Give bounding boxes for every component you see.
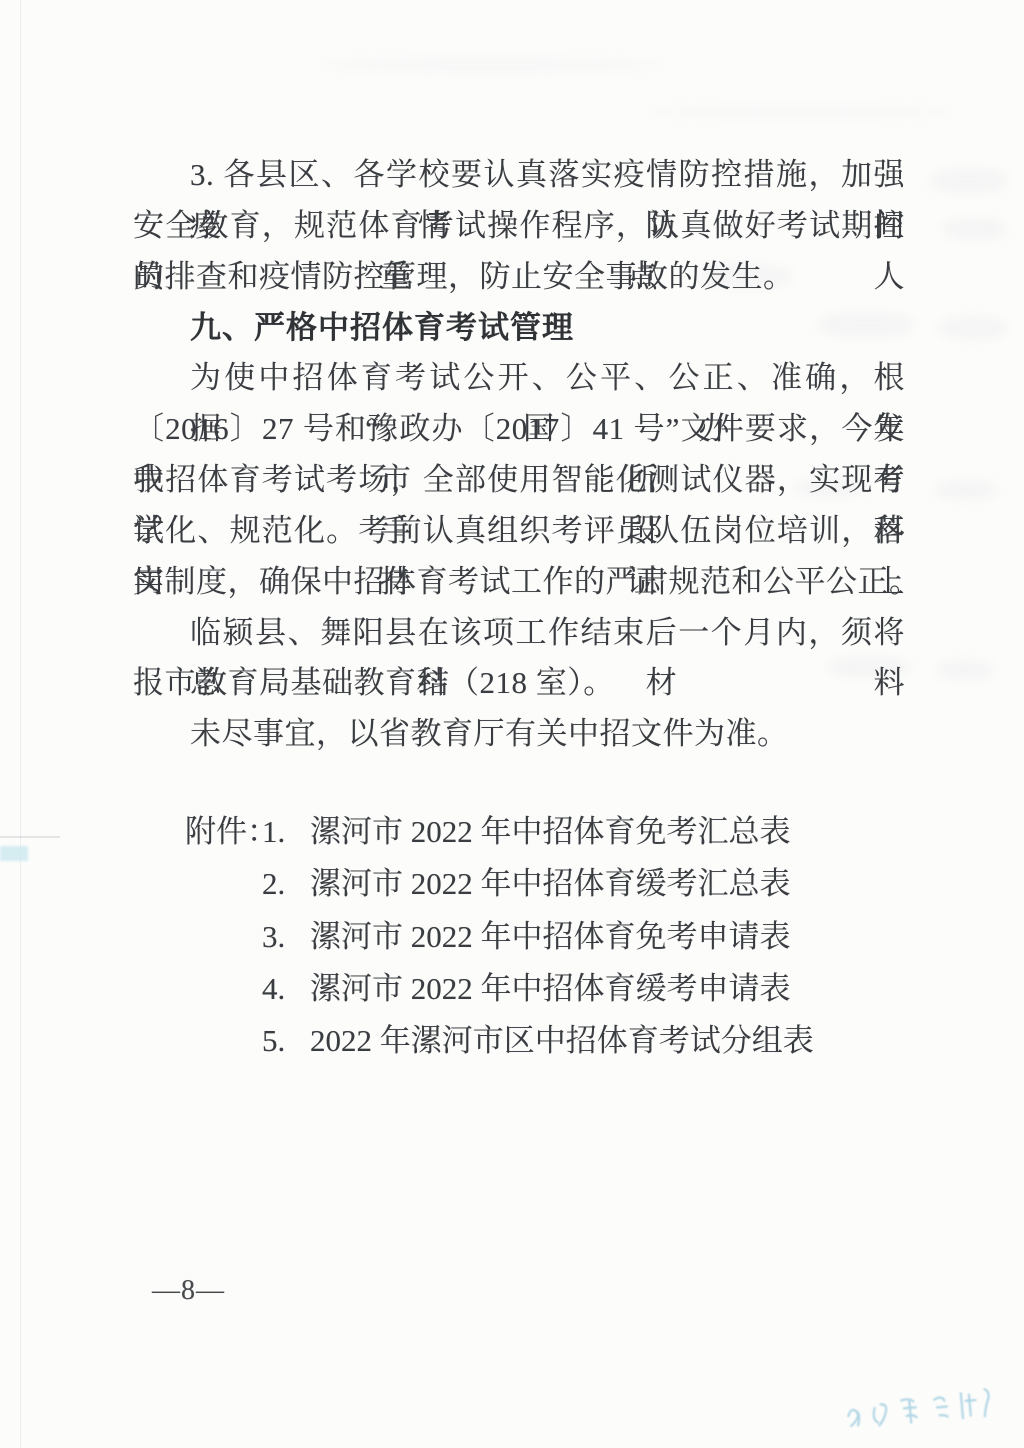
attachment-item: 4.漯河市 2022 年中招体育缓考申请表: [133, 963, 905, 1015]
body-line: 中招体育考试考场，全部使用智能化测试仪器，实现考试手段科: [133, 455, 905, 506]
attachment-number: 4.: [262, 963, 310, 1015]
attachment-item: 3.漯河市 2022 年中招体育免考申请表: [133, 911, 905, 963]
page-number: —8—: [152, 1271, 225, 1311]
attachment-number: 3.: [262, 911, 310, 963]
body-line: 安全教育，规范体育考试操作程序，认真做好考试期间的重点人: [133, 201, 905, 252]
body-line: 未尽事宜，以省教育厅有关中招文件为准。: [133, 709, 905, 760]
bleed-through-artifact: [650, 106, 950, 118]
handwritten-blue-mark: [838, 1381, 999, 1437]
attachment-title: 2022 年漯河市区中招体育考试分组表: [310, 1023, 814, 1058]
body-line: 岗制度，确保中招体育考试工作的严肃规范和公平公正。: [133, 557, 905, 608]
attachment-item: 2.漯河市 2022 年中招体育缓考汇总表: [133, 858, 905, 910]
body-line: 员排查和疫情防控管理，防止安全事故的发生。: [133, 252, 905, 303]
body-line: 3. 各县区、各学校要认真落实疫情防控措施，加强疫情防控: [133, 150, 905, 201]
body-line: 临颍县、舞阳县在该项工作结束后一个月内，须将总结材料: [133, 608, 905, 659]
attachment-title: 漯河市 2022 年中招体育缓考汇总表: [310, 866, 791, 901]
attachments-list: 附件： 1.漯河市 2022 年中招体育免考汇总表 2.漯河市 2022 年中招…: [133, 806, 905, 1067]
document-body: 3. 各县区、各学校要认真落实疫情防控措施，加强疫情防控 安全教育，规范体育考试…: [133, 150, 905, 760]
scan-edge-line: [0, 836, 60, 838]
bleed-through-artifact: [930, 168, 1008, 194]
attachment-title: 漯河市 2022 年中招体育免考申请表: [310, 919, 791, 954]
bleed-through-artifact: [942, 218, 1006, 240]
bleed-through-artifact: [320, 58, 660, 72]
paper-fold-line: [20, 0, 21, 1448]
attachment-item: 5.2022 年漯河市区中招体育考试分组表: [133, 1015, 905, 1067]
body-line: 〔2016〕27 号和豫政办〔2017〕41 号”文件要求，今年我市所有: [133, 404, 905, 455]
bleed-through-artifact: [936, 660, 994, 680]
attachments-label: 附件：: [185, 806, 278, 858]
section-heading: 九、严格中招体育考试管理: [133, 303, 905, 354]
scan-blue-smudge: [0, 846, 28, 861]
bleed-through-artifact: [938, 316, 1008, 340]
attachment-title: 漯河市 2022 年中招体育缓考申请表: [310, 971, 791, 1006]
attachment-number: 5.: [262, 1015, 310, 1067]
body-line: 为使中招体育考试公开、公平、公正、准确，根据“国办发: [133, 353, 905, 404]
attachment-number: 2.: [262, 858, 310, 910]
scanned-document-page: 3. 各县区、各学校要认真落实疫情防控措施，加强疫情防控 安全教育，规范体育考试…: [0, 0, 1024, 1448]
attachment-title: 漯河市 2022 年中招体育免考汇总表: [310, 814, 791, 849]
body-line: 学化、规范化。考前认真组织考评员队伍岗位培训，落实持证上: [133, 506, 905, 557]
bleed-through-artifact: [935, 480, 997, 500]
